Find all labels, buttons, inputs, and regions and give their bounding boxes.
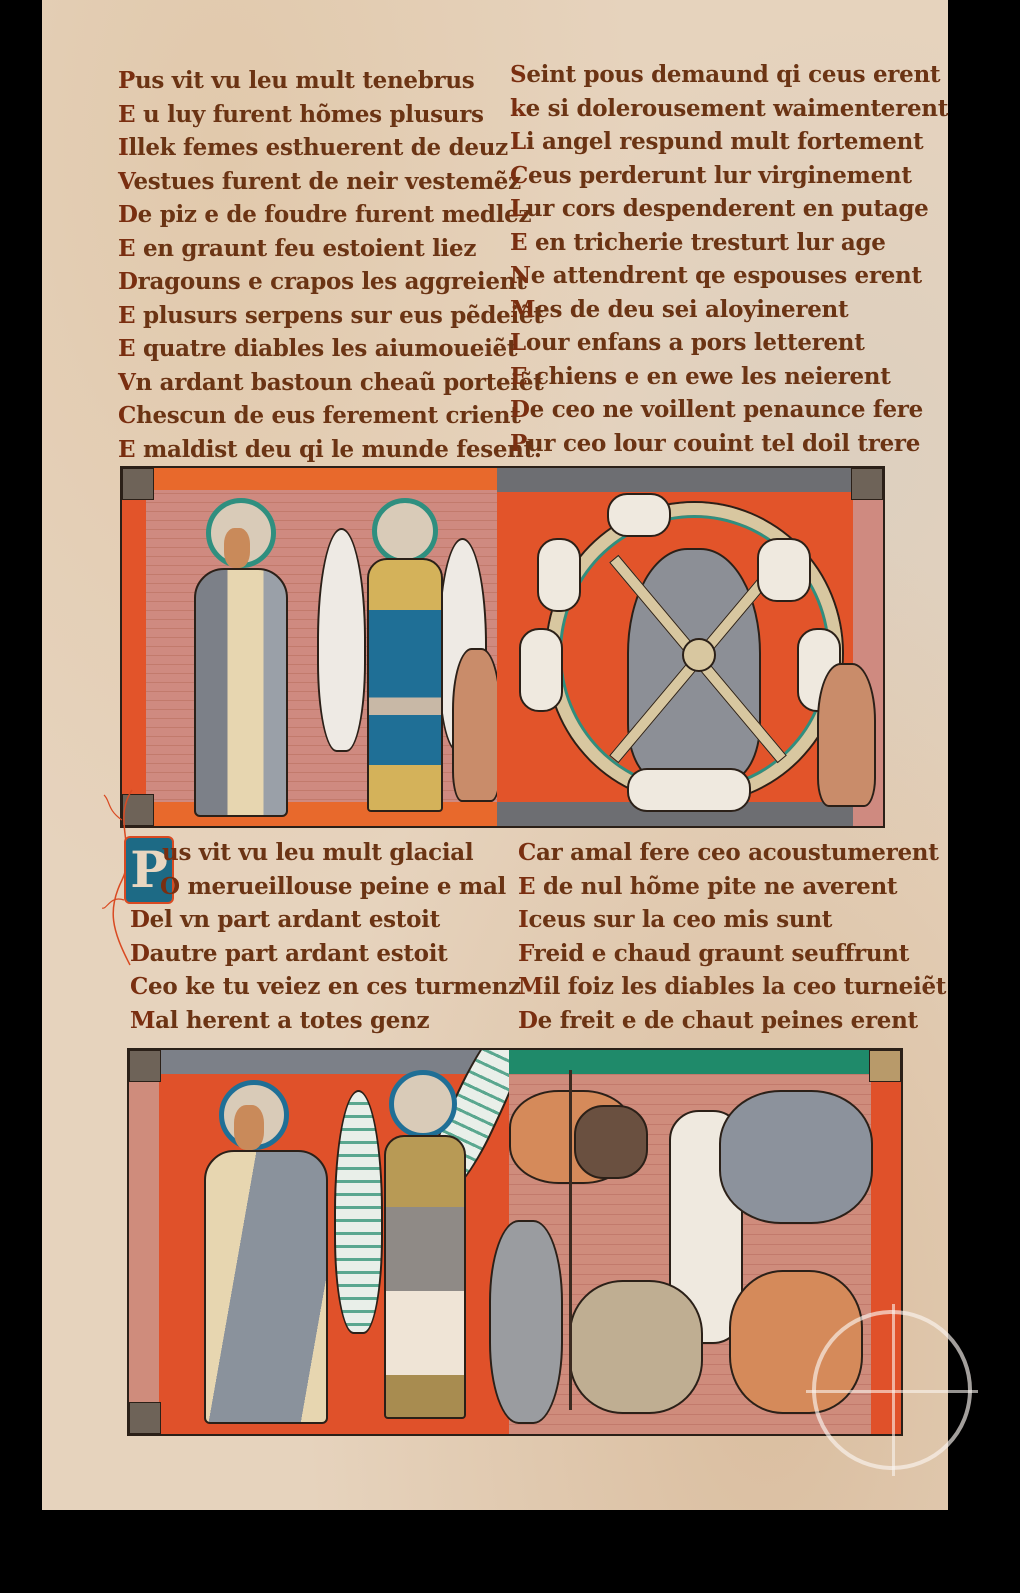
text-line: E maldist deu qi le munde fesent.: [118, 433, 544, 467]
text-line: De freit e de chaut peines erent: [518, 1004, 946, 1038]
illustration-demons-tormenting: [127, 1048, 903, 1436]
bottom-text-right-column: Car amal fere ceo acoustumerent E de nul…: [518, 836, 946, 1037]
text-line: Ceus perderunt lur virginement: [510, 159, 948, 193]
text-line: De ceo ne voillent penaunce fere: [510, 393, 948, 427]
top-text-left-column: Pus vit vu leu mult tenebrus E u luy fur…: [118, 64, 544, 466]
text-line: E plusurs serpens sur eus pẽdeiẽt: [118, 299, 544, 333]
text-line: Li angel respund mult fortement: [510, 125, 948, 159]
demon-small: [452, 648, 501, 802]
text-line: Lour enfans a pors letterent: [510, 326, 948, 360]
text-line: Illek femes esthuerent de deuz: [118, 131, 544, 165]
text-line: Vn ardant bastoun cheaũ porteiẽt: [118, 366, 544, 400]
text-line: Ne attendrent qe espouses erent: [510, 259, 948, 293]
text-line: Pus vit vu leu mult tenebrus: [118, 64, 544, 98]
text-line: Freid e chaud graunt seuffrunt: [518, 937, 946, 971]
text-line: Seint pous demaund qi ceus erent: [510, 58, 948, 92]
demon-grey-right: [719, 1090, 873, 1224]
saint-paul-figure: [184, 498, 294, 818]
text-line: Vestues furent de neir vestemẽz: [118, 165, 544, 199]
top-text-right-column: Seint pous demaund qi ceus erent ke si d…: [510, 58, 948, 460]
text-line: E quatre diables les aiumoueiẽt: [118, 332, 544, 366]
bottom-text-left-column: us vit vu leu mult glacial O merueillous…: [130, 836, 521, 1037]
text-line: us vit vu leu mult glacial: [130, 836, 521, 870]
text-line: Chescun de eus ferement crient: [118, 399, 544, 433]
soul-figure: [627, 768, 751, 812]
text-line: E en graunt feu estoient liez: [118, 232, 544, 266]
demon-beast-bottom: [569, 1280, 703, 1414]
text-line: Del vn part ardant estoit: [130, 903, 521, 937]
text-line: E u luy furent hõmes plusurs: [118, 98, 544, 132]
text-line: Pur ceo lour couint tel doil trere: [510, 427, 948, 461]
panel-paul-and-angel: [122, 468, 497, 826]
text-line: Lur cors despenderent en putage: [510, 192, 948, 226]
saint-paul-figure: [199, 1080, 329, 1430]
panel-paul-and-angel-2: [129, 1050, 509, 1434]
text-line: Dautre part ardant estoit: [130, 937, 521, 971]
soul-figure: [757, 538, 811, 602]
text-line: ke si dolerousement waimenterent: [510, 92, 948, 126]
soul-figure: [537, 538, 581, 612]
panel-wheel: [497, 468, 883, 826]
globe-quill-book-icon: [812, 1310, 972, 1470]
text-line: E de nul hõme pite ne averent: [518, 870, 946, 904]
text-line: Ceo ke tu veiez en ces turmenz: [130, 970, 521, 1004]
text-line: Mal herent a totes genz: [130, 1004, 521, 1038]
text-line: Dragouns e crapos les aggreient: [118, 265, 544, 299]
text-line: E chiens e en ewe les neierent: [510, 360, 948, 394]
soul-figure: [607, 493, 671, 537]
pitchfork: [569, 1070, 572, 1410]
illustration-wheel-of-torment: [120, 466, 885, 828]
angel-figure: [334, 1060, 504, 1430]
demon-dark-face: [574, 1105, 648, 1179]
demon-grey-left: [489, 1220, 563, 1424]
manuscript-page: Pus vit vu leu mult tenebrus E u luy fur…: [42, 0, 948, 1510]
soul-figure: [519, 628, 563, 712]
text-line: Car amal fere ceo acoustumerent: [518, 836, 946, 870]
text-line: E en tricherie tresturt lur age: [510, 226, 948, 260]
text-line: Iceus sur la ceo mis sunt: [518, 903, 946, 937]
demon-right: [817, 663, 876, 807]
text-line: Mil foiz les diables la ceo turneiẽt: [518, 970, 946, 1004]
text-line: Mes de deu sei aloyinerent: [510, 293, 948, 327]
text-line: De piz e de foudre furent medlez: [118, 198, 544, 232]
text-line: O merueillouse peine e mal: [130, 870, 521, 904]
